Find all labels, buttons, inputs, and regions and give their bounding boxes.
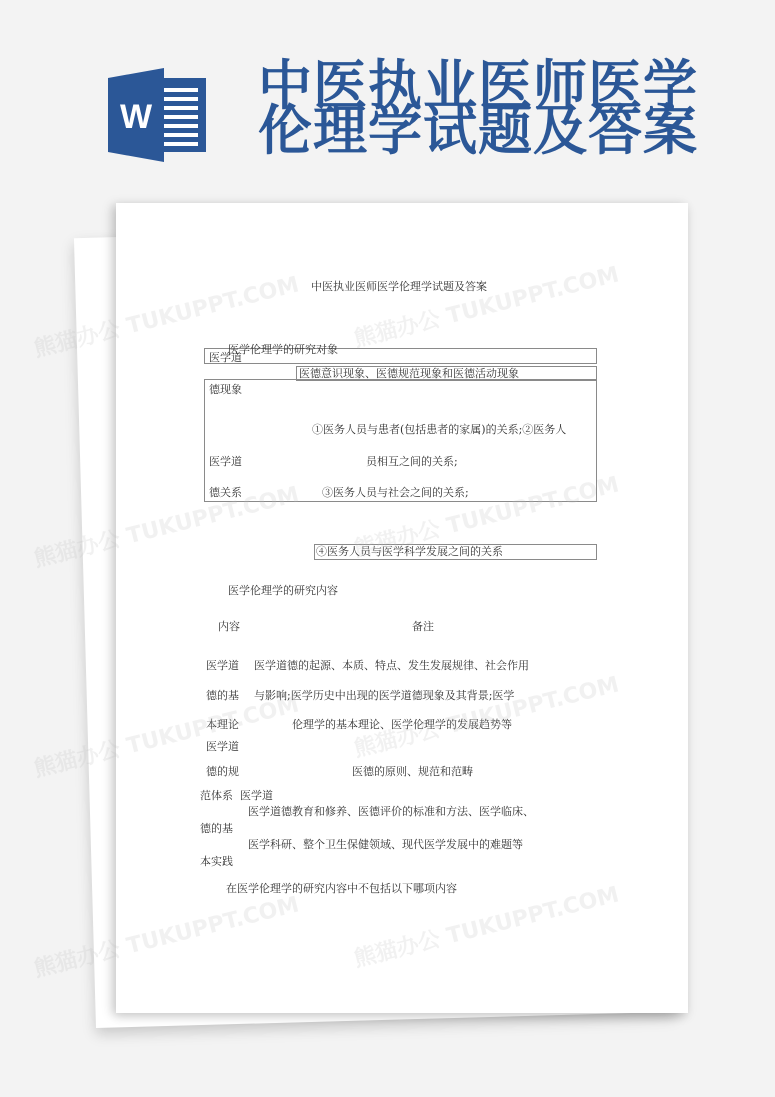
cover-header: W 中医执业医师医学 伦理学试题及答案 [0,0,775,190]
svg-text:W: W [120,98,153,136]
row-label: 本实践 [200,853,233,869]
row-label: 医学道 [209,453,242,469]
question-text: 在医学伦理学的研究内容中不包括以下哪项内容 [226,880,457,896]
row-note: 与影响;医学历史中出现的医学道德现象及其背景;医学 [254,687,514,703]
row-label: 德现象 [209,381,242,397]
row-label: 医学道 [206,657,239,673]
row-label: 本理论 [206,716,239,732]
row-label: 范体系 [200,787,233,803]
word-document-icon: W [106,66,210,162]
row-label: 德关系 [209,484,242,500]
document-title: 中医执业医师医学伦理学试题及答案 [311,278,487,294]
document-page: 中医执业医师医学伦理学试题及答案 医学伦理学的研究对象 医学道 医德意识现象、医… [116,203,688,1013]
cover-title-line2: 伦理学试题及答案 [258,100,698,160]
row-note: 医学道德教育和修养、医德评价的标准和方法、医学临床、 [248,803,534,819]
row-note: 医德的原则、规范和范畴 [352,763,473,779]
row-label: 医学道 [209,349,242,365]
column-header: 内容 [218,618,240,634]
row-label: 德的基 [200,820,233,836]
row-label: 医学道 [240,787,273,803]
row-note: 医学科研、整个卫生保健领域、现代医学发展中的难题等 [248,836,523,852]
row-label: 医学道 [206,738,239,754]
row-note: 医学道德的起源、本质、特点、发生发展规律、社会作用 [254,657,529,673]
row-content: 医德意识现象、医德规范现象和医德活动现象 [299,365,519,381]
section1-heading: 医学伦理学的研究对象 [228,341,338,357]
row-content: ③医务人员与社会之间的关系; [322,484,469,500]
row-content: ①医务人员与患者(包括患者的家属)的关系;②医务人 [312,421,566,437]
row-content: ④医务人员与医学科学发展之间的关系 [316,543,503,559]
row-note: 伦理学的基本理论、医学伦理学的发展趋势等 [292,716,512,732]
column-header: 备注 [412,618,434,634]
row-content: 员相互之间的关系; [366,453,458,469]
section2-heading: 医学伦理学的研究内容 [228,582,338,598]
row-label: 德的基 [206,687,239,703]
row-label: 德的规 [206,763,239,779]
